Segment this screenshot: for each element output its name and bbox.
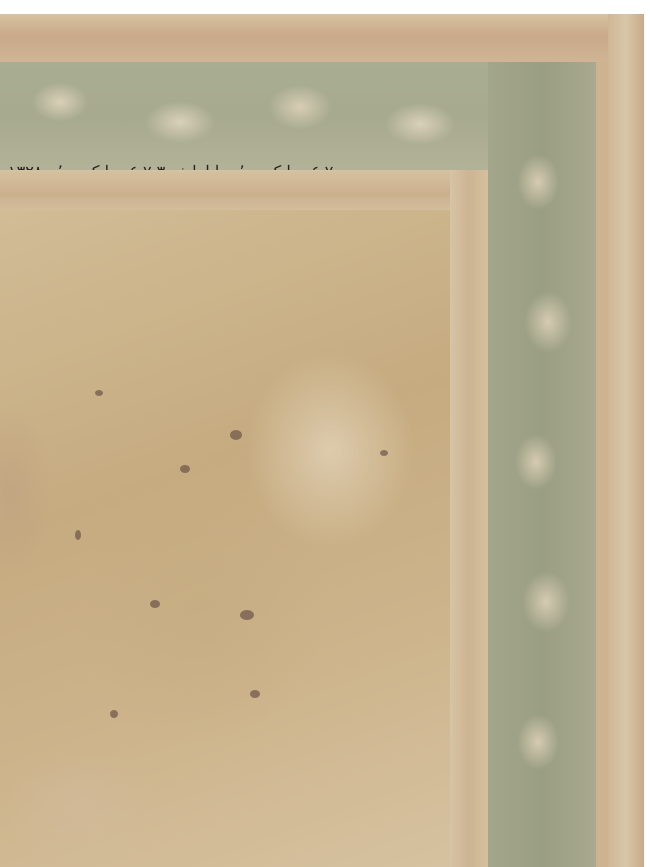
main-border-right	[488, 62, 596, 867]
floral-motif	[380, 450, 388, 456]
floral-motif	[150, 600, 160, 608]
inner-guard-right	[450, 170, 488, 867]
floral-motif	[250, 690, 260, 698]
floral-motif	[180, 465, 190, 473]
rug-photo: ٧ ٤ ٫ ﻳﺎ ﻛﺮﻳﻢ ٬ ٫ ﻳﺎ ﻟﻄﻴﻒ ٣ ٧ ٤ ٫ ﻳﺎ ﻛﺮﻳ…	[0, 14, 644, 867]
outer-guard-stripe-right	[608, 14, 644, 867]
floral-motif	[95, 390, 103, 396]
outer-guard-stripe-top	[0, 14, 644, 62]
floral-motif	[75, 530, 81, 540]
floral-motif	[110, 710, 118, 718]
inner-guard-top	[0, 170, 488, 210]
rug-field	[0, 210, 450, 867]
floral-motif	[230, 430, 242, 440]
floral-motif	[240, 610, 254, 620]
